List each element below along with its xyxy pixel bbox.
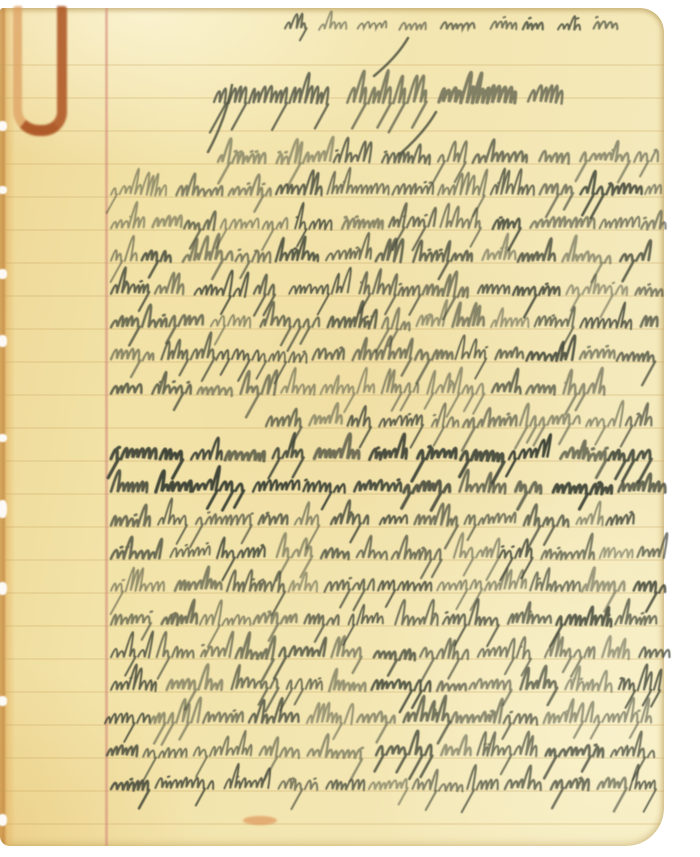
handwriting-line: [111, 267, 662, 319]
handwriting-line: [111, 466, 665, 510]
handwriting-flourish: [374, 38, 408, 76]
handwriting-line: [108, 433, 654, 483]
handwriting-layer: [0, 0, 700, 857]
handwriting-line: [111, 498, 634, 548]
scan-background: [0, 0, 700, 857]
handwriting-line: [111, 332, 658, 385]
handwriting-line: [210, 70, 562, 132]
handwriting-line: [111, 599, 656, 647]
handwriting-line: [285, 11, 617, 40]
handwriting-line: [111, 764, 659, 812]
handwriting-line: [111, 368, 604, 418]
handwriting-line: [111, 664, 663, 712]
handwriting-line: [107, 731, 654, 782]
handwriting-line: [111, 631, 669, 681]
handwriting-line: [266, 401, 651, 451]
handwriting-line: [105, 696, 651, 745]
